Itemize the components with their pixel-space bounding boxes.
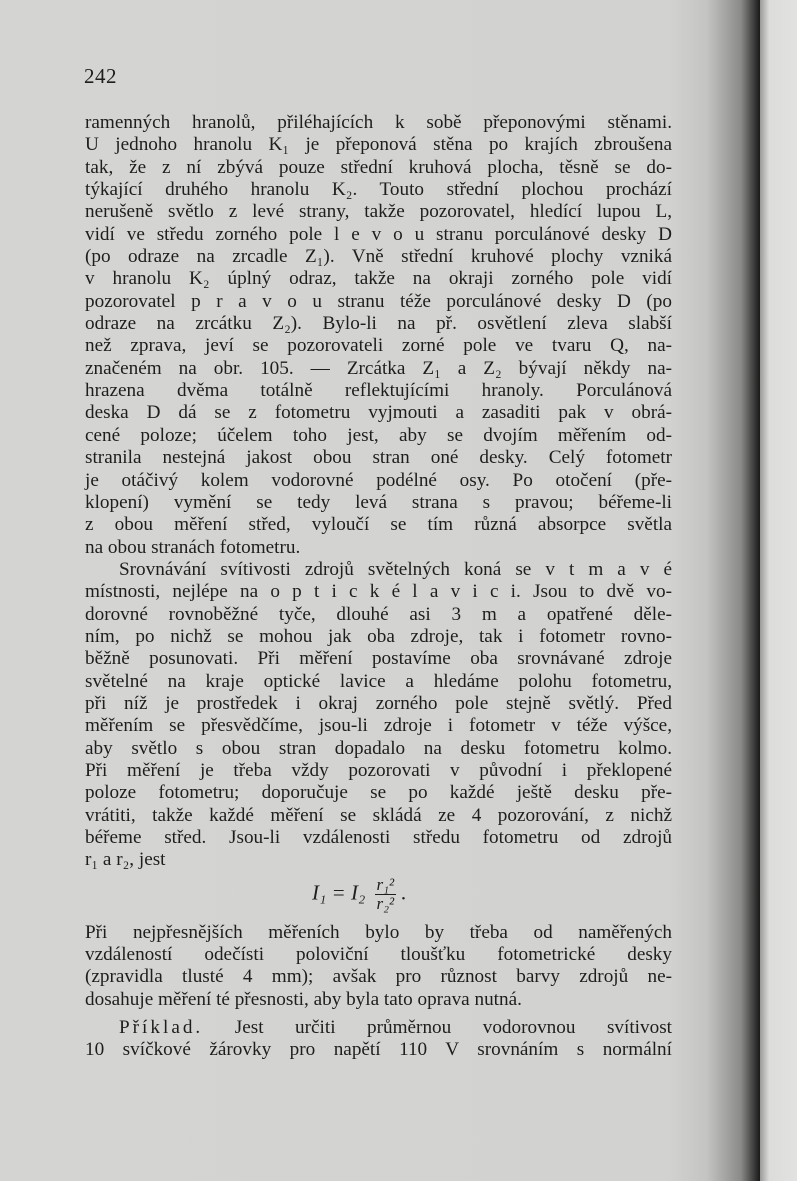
equation-lhs: I₁ = I₂: [312, 880, 365, 904]
paragraph-example: Příklad. Jest určiti průměrnou vodorovno…: [85, 1017, 672, 1062]
example-text: Jest určiti průměrnou vodorovnou svítivo…: [235, 1017, 672, 1038]
text-line: vzdáleností odečísti poloviční tloušťku …: [85, 944, 672, 966]
text-line: tak, že z ní zbývá pouze střední kruhová…: [85, 157, 672, 179]
text-line: pozorovatel p r a v o u stranu téže porc…: [85, 291, 672, 313]
text-line: nerušeně světlo z levé strany, takže poz…: [85, 201, 672, 223]
text-line: je otáčivý kolem vodorovné podélné osy. …: [85, 470, 672, 492]
text-line: Příklad. Jest určiti průměrnou vodorovno…: [85, 1017, 672, 1039]
text-line: místnosti, nejlépe na o p t i c k é l a …: [85, 581, 672, 603]
text-line: vrátiti, takže každé měření se skládá ze…: [85, 805, 672, 827]
text-line: (zpravidla tlusté 4 mm); avšak pro různo…: [85, 966, 672, 988]
text-line: ním, po nichž se mohou jak oba zdroje, t…: [85, 626, 672, 648]
text-line: vidí ve středu zorného pole l e v o u st…: [85, 224, 672, 246]
text-line: U jednoho hranolu K₁ je přeponová stěna …: [85, 134, 672, 156]
equation-suffix: .: [401, 880, 406, 904]
equation: I₁ = I₂ r₁² r₂² .: [85, 872, 672, 916]
example-label: Příklad.: [119, 1017, 203, 1038]
text-line: běžně posunovati. Při měření postavíme o…: [85, 648, 672, 670]
page-number: 242: [84, 64, 117, 89]
text-line: než zprava, jeví se pozorovateli zorné p…: [85, 335, 672, 357]
equation-denominator: r₂²: [375, 895, 397, 913]
text-line: (po odraze na zrcadle Z₁). Vně střední k…: [85, 246, 672, 268]
page-edge-strip: [760, 0, 797, 1181]
paragraph-precision-note: Při nejpřesnějších měřeních bylo by třeb…: [85, 922, 672, 1011]
text-line: béřeme střed. Jsou-li vzdálenosti středu…: [85, 827, 672, 849]
text-line: cené poloze; účelem toho jest, aby se dv…: [85, 425, 672, 447]
text-line: r₁ a r₂, jest: [85, 849, 672, 871]
text-line: deska D dá se z fotometru vyjmouti a zas…: [85, 402, 672, 424]
text-line: Srovnávání svítivosti zdrojů světelných …: [85, 559, 672, 581]
text-line: stranila nestejná jakost obou stran oné …: [85, 447, 672, 469]
text-line: klopení) vymění se tedy levá strana s pr…: [85, 492, 672, 514]
text-line: Při nejpřesnějších měřeních bylo by třeb…: [85, 922, 672, 944]
body-text: ramenných hranolů, přiléhajících k sobě …: [85, 112, 672, 1062]
text-line: v hranolu K₂ úplný odraz, takže na okraj…: [85, 268, 672, 290]
equation-numerator: r₁²: [375, 876, 397, 895]
text-line: měřením se přesvědčíme, jsou-li zdroje i…: [85, 715, 672, 737]
text-line: světelné na kraje optické lavice a hledá…: [85, 671, 672, 693]
text-line: ramenných hranolů, přiléhajících k sobě …: [85, 112, 672, 134]
text-line: aby světlo s obou stran dopadalo na desk…: [85, 738, 672, 760]
text-line: Při měření je třeba vždy pozorovati v pů…: [85, 760, 672, 782]
paragraph-prism-description: ramenných hranolů, přiléhajících k sobě …: [85, 112, 672, 559]
text-line: dosahuje měření té přesnosti, aby byla t…: [85, 989, 672, 1011]
text-line: odraze na zrcátku Z₂). Bylo-li na př. os…: [85, 313, 672, 335]
text-line: při níž je prostředek i okraj zorného po…: [85, 693, 672, 715]
text-line: na obou stranách fotometru.: [85, 537, 672, 559]
text-line: 10 svíčkové žárovky pro napětí 110 V sro…: [85, 1039, 672, 1061]
paragraph-optical-bench: Srovnávání svítivosti zdrojů světelných …: [85, 559, 672, 872]
text-line: značeném na obr. 105. — Zrcátka Z₁ a Z₂ …: [85, 358, 672, 380]
book-page: 242 ramenných hranolů, přiléhajících k s…: [0, 0, 760, 1181]
text-line: týkající druhého hranolu K₂. Touto střed…: [85, 179, 672, 201]
text-line: poloze fotometru; doporučuje se po každé…: [85, 782, 672, 804]
text-line: hrazena dvěma totálně reflektujícími hra…: [85, 380, 672, 402]
text-line: dorovné rovnoběžné tyče, dlouhé asi 3 m …: [85, 604, 672, 626]
text-line: z obou měření střed, vyloučí se tím různ…: [85, 514, 672, 536]
equation-fraction: r₁² r₂²: [375, 876, 397, 913]
